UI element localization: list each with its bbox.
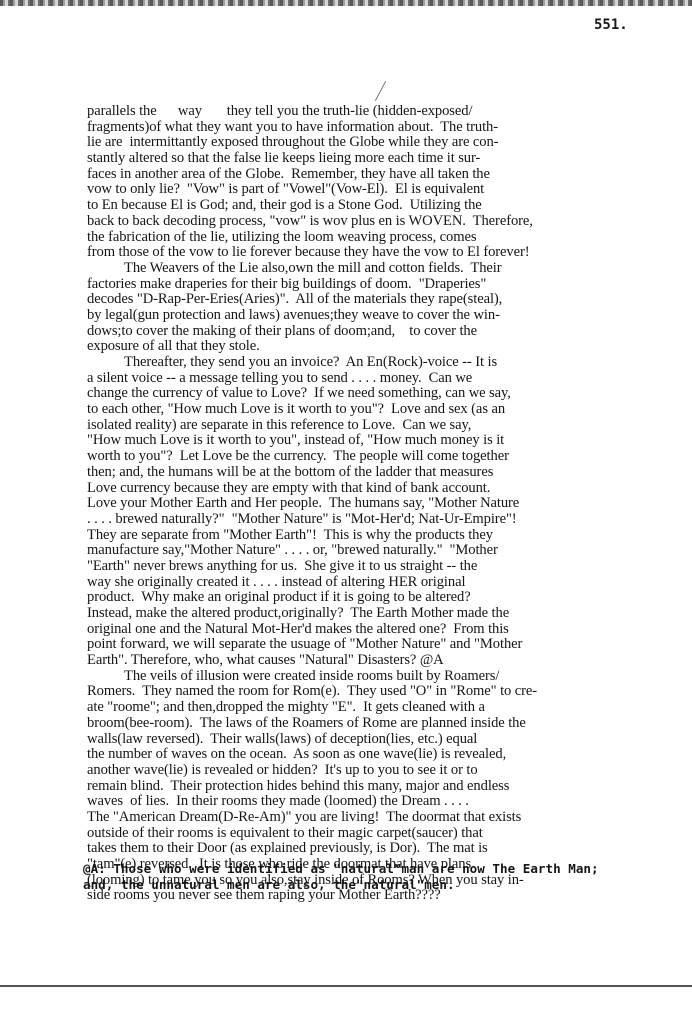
text-line: Instead, make the altered product,origin… — [87, 606, 647, 622]
page-number: 551. — [594, 17, 628, 33]
text-line: broom(bee-room). The laws of the Roamers… — [87, 716, 647, 732]
text-line: exposure of all that they stole. — [87, 339, 647, 355]
text-line: "How much Love is it worth to you", inst… — [87, 433, 647, 449]
text-line: lie are intermittantly exposed throughou… — [87, 135, 647, 151]
text-line: parallels the way they tell you the trut… — [87, 104, 647, 120]
text-line: way she originally created it . . . . in… — [87, 575, 647, 591]
text-line: to each other, "How much Love is it wort… — [87, 402, 647, 418]
text-line: then; and, the humans will be at the bot… — [87, 465, 647, 481]
text-line: Thereafter, they send you an invoice? An… — [87, 355, 647, 371]
text-line: The "American Dream(D-Re-Am)" you are li… — [87, 810, 647, 826]
text-line: walls(law reversed). Their walls(laws) o… — [87, 732, 647, 748]
text-line: worth to you"? Let Love be the currency.… — [87, 449, 647, 465]
text-line: from those of the vow to lie forever bec… — [87, 245, 647, 261]
text-line: "Earth" never brews anything for us. She… — [87, 559, 647, 575]
text-line: a silent voice -- a message telling you … — [87, 371, 647, 387]
text-line: product. Why make an original product if… — [87, 590, 647, 606]
text-line: Romers. They named the room for Rom(e). … — [87, 684, 647, 700]
text-line: faces in another area of the Globe. Reme… — [87, 167, 647, 183]
scan-edge-noise — [0, 0, 692, 6]
text-line: vow to only lie? "Vow" is part of "Vowel… — [87, 182, 647, 198]
text-line: Earth". Therefore, who, what causes "Nat… — [87, 653, 647, 669]
text-line: original one and the Natural Mot-Her'd m… — [87, 622, 647, 638]
footnote: @A: Those who were identified as "natura… — [83, 861, 683, 892]
text-line: The veils of illusion were created insid… — [87, 669, 647, 685]
document-body: parallels the way they tell you the trut… — [87, 104, 647, 904]
text-line: fragments)of what they want you to have … — [87, 120, 647, 136]
bottom-rule — [0, 985, 692, 987]
footnote-line: @A: Those who were identified as "natura… — [83, 861, 683, 877]
text-line: dows;to cover the making of their plans … — [87, 324, 647, 340]
text-line: the fabrication of the lie, utilizing th… — [87, 230, 647, 246]
text-line: Love currency because they are empty wit… — [87, 481, 647, 497]
text-line: decodes "D-Rap-Per-Eries(Aries)". All of… — [87, 292, 647, 308]
text-line: Love your Mother Earth and Her people. T… — [87, 496, 647, 512]
text-line: back to back decoding process, "vow" is … — [87, 214, 647, 230]
text-line: to En because El is God; and, their god … — [87, 198, 647, 214]
text-line: They are separate from "Mother Earth"! T… — [87, 528, 647, 544]
text-line: another wave(lie) is revealed or hidden?… — [87, 763, 647, 779]
text-line: outside of their rooms is equivalent to … — [87, 826, 647, 842]
text-line: . . . . brewed naturally?" "Mother Natur… — [87, 512, 647, 528]
text-line: factories make draperies for their big b… — [87, 277, 647, 293]
text-line: by legal(gun protection and laws) avenue… — [87, 308, 647, 324]
text-line: ate "roome"; and then,dropped the mighty… — [87, 700, 647, 716]
text-line: waves of lies. In their rooms they made … — [87, 794, 647, 810]
text-line: remain blind. Their protection hides beh… — [87, 779, 647, 795]
text-line: The Weavers of the Lie also,own the mill… — [87, 261, 647, 277]
text-line: the number of waves on the ocean. As soo… — [87, 747, 647, 763]
text-line: isolated reality) are separate in this r… — [87, 418, 647, 434]
text-line: manufacture say,"Mother Nature" . . . . … — [87, 543, 647, 559]
text-line: point forward, we will separate the usua… — [87, 637, 647, 653]
text-line: stantly altered so that the false lie ke… — [87, 151, 647, 167]
pen-mark — [375, 81, 386, 101]
text-line: takes them to their Door (as explained p… — [87, 841, 647, 857]
footnote-line: and, the unnatural men are also, the"nat… — [83, 877, 683, 893]
text-line: change the currency of value to Love? If… — [87, 386, 647, 402]
